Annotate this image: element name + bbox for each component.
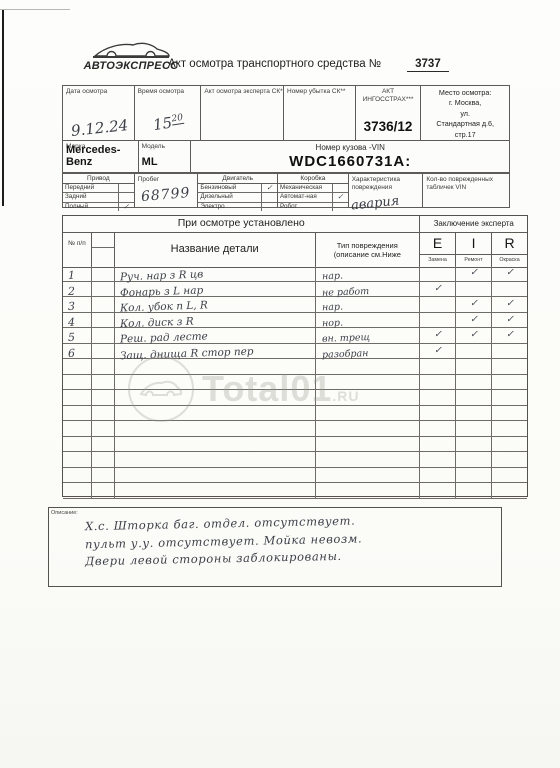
row-spacer [91,297,114,312]
option-label: Дизельный [198,193,261,201]
place-line: стр.17 [421,130,509,141]
row-spacer [91,266,114,281]
model-cell: Модель ML [138,141,191,172]
row-spacer [91,328,114,343]
brand-value: Mercedes-Benz [66,144,138,168]
inspection-column-headers: № п/п Название детали Тип повреждения (о… [63,233,527,268]
option-checkbox: ✓ [118,203,134,211]
row-spacer [91,375,114,390]
gearbox-option: Робот [278,203,348,211]
option-checkbox [118,193,134,201]
inspection-rows: 1 Руч. нар з R цв нар. ✓ ✓ 2 Фонарь з L … [63,266,527,496]
inspection-row: 2 Фонарь з L нар не работ ✓ [63,282,527,298]
option-checkbox [332,203,348,211]
inspection-table: При осмотре установлено Заключение экспе… [62,215,528,497]
option-label: Задний [63,193,118,201]
gearbox-label: Коробка [278,174,348,184]
date-cell: Дата осмотра 9.12.24 [63,86,134,140]
verdict-column: R Окраска [491,233,527,267]
engine-label: Двигатель [198,174,277,184]
row-check-paint: ✓ [505,297,513,311]
row-check-replace: ✓ [434,343,442,357]
loss-number-label: Номер убытка СК** [284,86,355,96]
engine-option: Электро [198,203,277,211]
row-spacer [91,468,114,483]
model-value: ML [142,156,158,168]
inspection-title: При осмотре установлено [63,216,419,232]
damage-character-cell: Характеристика повреждения авария [348,174,423,207]
vin-plates-label: Кол-во поврежденных табличек VIN [423,174,509,192]
option-label: Передний [63,184,118,192]
scanned-inspection-act: АВТОЭКСПРЕСС Акт осмотра транспортного с… [0,0,560,768]
row-spacer [91,452,114,467]
engine-option: Дизельный [198,193,277,202]
damage-character-value: авария [350,194,400,214]
option-label: Бензиновый [198,184,261,192]
row-spacer [91,406,114,421]
ingosstrakh-label: АКТ ИНГОССТРАХ*** [356,86,421,104]
inspection-row: 5 Реш. рад лесте вн. трещ ✓ ✓ ✓ [63,328,527,344]
inspection-row [63,406,527,422]
drive-cell: Привод Передний Задний Полный [63,174,134,207]
col-header-part: Название детали [114,233,315,267]
scan-line-artifact [0,9,70,10]
option-label: Электро [198,203,261,211]
col-header-number: № п/п [63,233,91,267]
row-spacer [91,359,114,374]
engine-options: Бензиновый ✓ Дизельный Электро [198,184,277,211]
drive-option: Полный ✓ [63,203,134,211]
row-spacer [91,313,114,328]
gearbox-option: Автомат-ная ✓ [278,193,348,202]
inspection-row [63,437,527,453]
car-silhouette-icon [72,40,190,60]
time-label: Время осмотра [135,86,201,96]
inspection-row: 6 Защ. днища R стор пер разобран ✓ [63,344,527,360]
col-header-spacer [91,233,114,267]
row-check-replace: ✓ [434,281,442,295]
option-checkbox: ✓ [261,184,277,192]
option-checkbox [261,203,277,211]
place-line: г. Москва, [421,98,509,109]
row-check-repair: ✓ [469,312,477,326]
verdict-column: E Замена [419,233,455,267]
row-spacer [91,421,114,436]
inspection-row [63,421,527,437]
engine-cell: Двигатель Бензиновый ✓ Дизельный Электро [197,174,277,207]
time-value: 1520 [152,112,185,134]
option-checkbox: ✓ [332,193,348,201]
mileage-cell: Пробег 68799 [134,174,198,207]
act-number: 3737 [407,58,449,72]
inspection-row [63,390,527,406]
verdict-columns: E Замена I Ремонт R Окраска [419,233,527,267]
place-line: Стандартная д.6, [421,119,509,130]
vin-label: Номер кузова -VIN [191,141,509,152]
inspection-row [63,483,527,499]
place-label: Место осмотра: [421,86,509,97]
place-line: ул. [421,109,509,120]
option-label: Робот [278,203,332,211]
row-spacer [91,437,114,452]
inspection-table-header: При осмотре установлено Заключение экспе… [63,216,527,233]
row-check-paint: ✓ [505,266,513,280]
brand-cell: Марка Mercedes-Benz [63,141,138,172]
inspection-row: 4 Кол. диск з R нор. ✓ ✓ [63,313,527,329]
loss-number-cell: Номер убытка СК** [283,86,355,140]
verdict-letter: E [420,233,455,254]
row-spacer [91,483,114,498]
model-label: Модель [139,141,191,151]
option-label: Механическая [278,184,332,192]
vin-value: WDC1660731A: [191,153,509,170]
place-cell: Место осмотра: г. Москва,ул.Стандартная … [420,86,509,140]
ingosstrakh-value: 3736/12 [356,119,421,134]
inspection-row: 1 Руч. нар з R цв нар. ✓ ✓ [63,266,527,282]
gearbox-cell: Коробка Механическая Автомат-ная ✓ Робот [277,174,348,207]
document-title: Акт осмотра транспортного средства №3737 [168,58,528,70]
title-text: Акт осмотра транспортного средства № [168,58,381,70]
mileage-label: Пробег [135,174,198,184]
inspection-row [63,468,527,484]
row-check-repair: ✓ [469,266,477,280]
info-row-specs: Привод Передний Задний Полный [62,173,510,208]
row-spacer [91,344,114,359]
option-label: Полный [63,203,118,211]
date-value: 9.12.24 [70,116,129,140]
expert-act-label: Акт осмотра эксперта СК* [201,86,283,96]
time-cell: Время осмотра 1520 [134,86,201,140]
mileage-value: 68799 [140,185,191,205]
row-spacer [91,390,114,405]
verdict-letter: R [492,233,527,254]
vin-plates-cell: Кол-во поврежденных табличек VIN [422,174,509,207]
row-check-paint: ✓ [505,328,513,342]
option-checkbox [261,193,277,201]
row-check-replace: ✓ [434,328,442,342]
description-label: Описание: [51,510,78,516]
row-check-paint: ✓ [505,312,513,326]
option-checkbox [332,184,348,192]
row-check-repair: ✓ [469,328,477,342]
col-header-damage: Тип повреждения (описание см.Ниже [315,233,419,267]
drive-option: Передний [63,184,134,193]
engine-option: Бензиновый ✓ [198,184,277,193]
drive-label: Привод [63,174,134,184]
expert-act-cell: Акт осмотра эксперта СК* [200,86,283,140]
inspection-row [63,359,527,375]
info-row-vehicle: Марка Mercedes-Benz Модель ML Номер кузо… [62,140,510,173]
option-label: Автомат-ная [278,193,332,201]
damage-character-label: Характеристика повреждения [349,174,423,192]
gearbox-options: Механическая Автомат-ная ✓ Робот [278,184,348,211]
info-row-top: Дата осмотра 9.12.24 Время осмотра 1520 … [62,85,510,141]
date-label: Дата осмотра [63,86,134,96]
row-check-repair: ✓ [469,297,477,311]
inspection-row [63,375,527,391]
description-box: Описание: Х.с. Шторка баг. отдел. отсутс… [48,507,502,587]
vin-cell: Номер кузова -VIN WDC1660731A: [190,141,509,172]
description-lines: Х.с. Шторка баг. отдел. отсутствует.пуль… [49,508,501,567]
row-spacer [91,282,114,297]
option-checkbox [118,184,134,192]
inspection-row: 3 Кол. убок п L, R нар. ✓ ✓ [63,297,527,313]
verdict-column: I Ремонт [455,233,491,267]
place-lines: г. Москва,ул.Стандартная д.6,стр.17 [421,97,509,140]
expert-conclusion-title: Заключение эксперта [419,216,527,232]
scan-edge-artifact [2,10,4,206]
verdict-letter: I [456,233,491,254]
drive-options: Передний Задний Полный ✓ [63,184,134,211]
ingosstrakh-cell: АКТ ИНГОССТРАХ*** 3736/12 [355,86,421,140]
inspection-row [63,452,527,468]
